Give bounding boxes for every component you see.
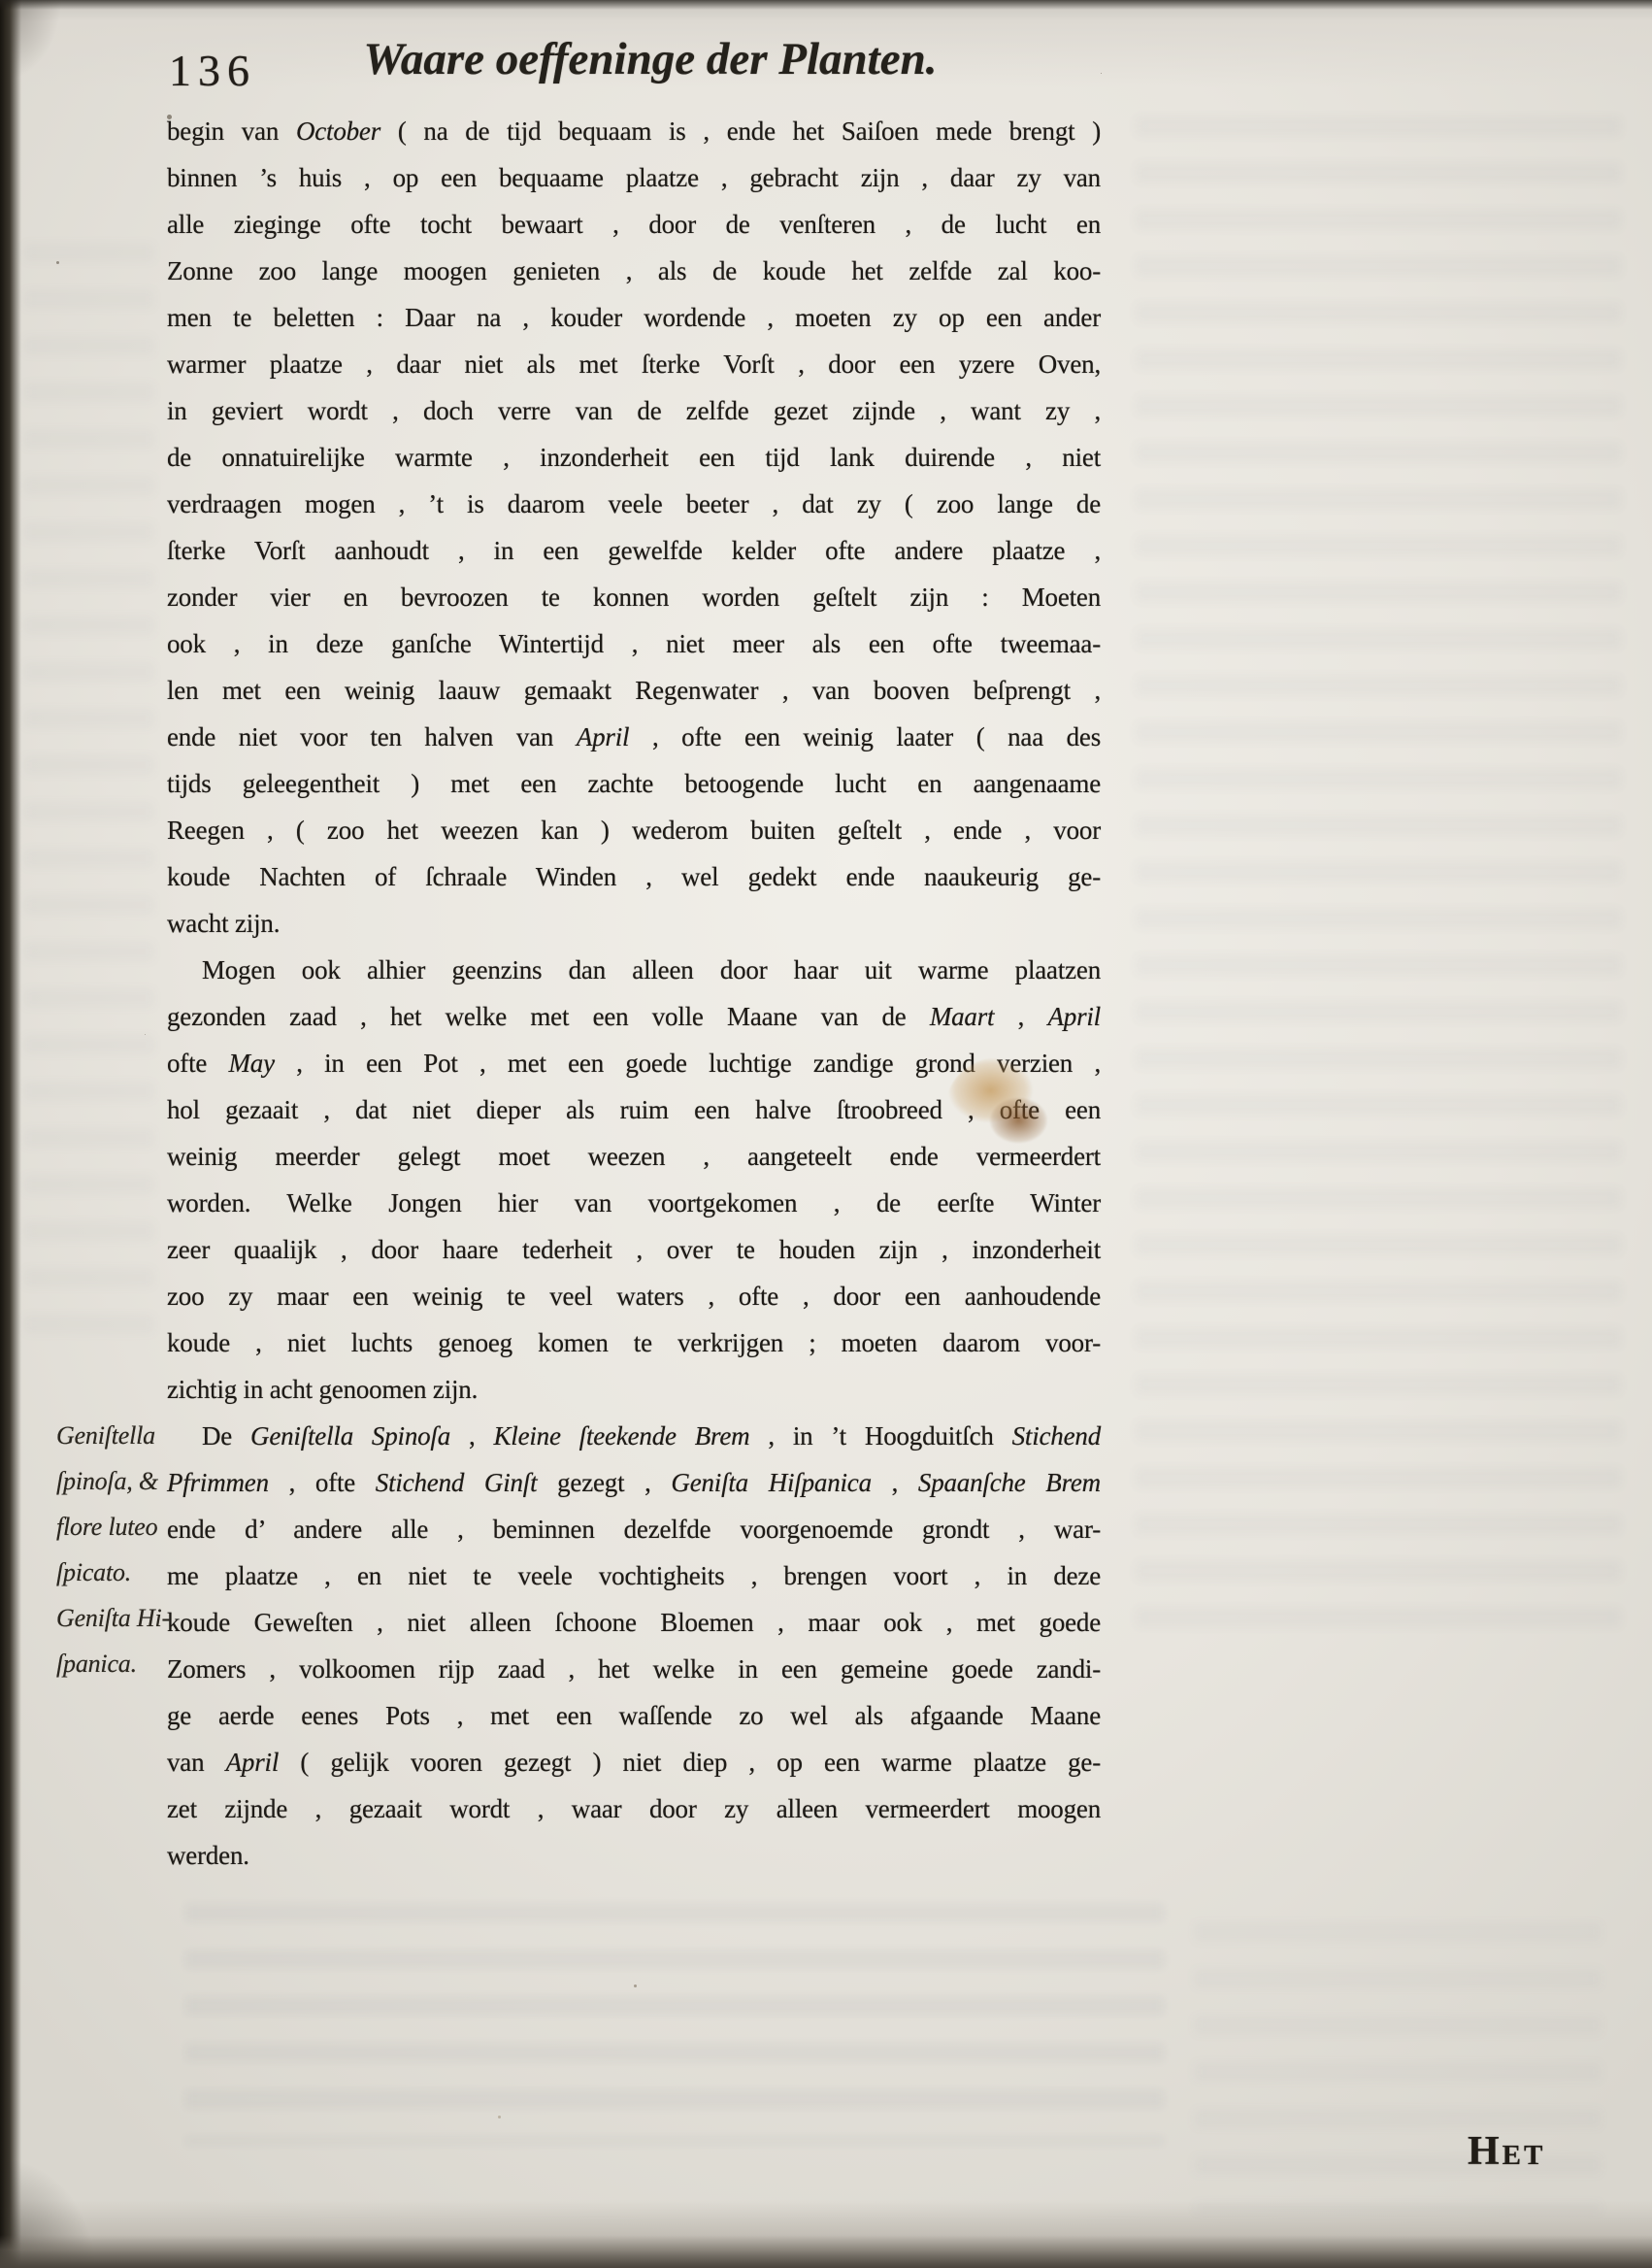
text-line: begin van October ( na de tijd bequaam i… — [167, 109, 1101, 155]
text-line: wacht zijn. — [167, 901, 1101, 948]
body-text: begin van October ( na de tijd bequaam i… — [167, 109, 1101, 1885]
page-edge-bottom — [0, 2235, 1652, 2268]
text-line: Zonne zoo lange moogen genieten , als de… — [167, 249, 1101, 295]
text-line: ofte May , in een Pot , met een goede lu… — [167, 1041, 1101, 1087]
running-header-title: Waare oeffeninge der Planten. — [320, 33, 980, 85]
text-line: koude , niet luchts genoeg komen te verk… — [167, 1320, 1101, 1367]
text-line: men te beletten : Daar na , kouder worde… — [167, 295, 1101, 342]
text-line: koude Geweſten , niet alleen ſchoone Blo… — [167, 1600, 1101, 1647]
text-line: warmer plaatze , daar niet als met ſterk… — [167, 342, 1101, 388]
margin-note-line: flore luteo — [56, 1507, 173, 1552]
text-line: ende d’ andere alle , beminnen dezelfde … — [167, 1507, 1101, 1553]
text-line: weinig meerder gelegt moet weezen , aang… — [167, 1134, 1101, 1181]
margin-note-line: ſpinoſa, & — [56, 1461, 173, 1507]
show-through-right — [1136, 117, 1621, 1631]
text-line: Zomers , volkoomen rijp zaad , het welke… — [167, 1647, 1101, 1693]
text-line: ook , in deze ganſche Wintertijd , niet … — [167, 621, 1101, 668]
text-line: worden. Welke Jongen hier van voortgekom… — [167, 1181, 1101, 1227]
text-line: zeer quaalijk , door haare tederheit , o… — [167, 1227, 1101, 1274]
text-line: len met een weinig laauw gemaakt Regenwa… — [167, 668, 1101, 715]
text-line: Pfrimmen , ofte Stichend Ginſt gezegt , … — [167, 1460, 1101, 1507]
text-line: zichtig in acht genoomen zijn. — [167, 1367, 1101, 1414]
text-line: ſterke Vorſt aanhoudt , in een gewelfde … — [167, 528, 1101, 575]
margin-note-line: Geniſta Hi- — [56, 1598, 173, 1644]
show-through-bottom — [184, 1903, 1165, 2146]
text-line: zonder vier en bevroozen te konnen worde… — [167, 575, 1101, 621]
text-line: in geviert wordt , doch verre van de zel… — [167, 388, 1101, 435]
show-through-left — [23, 243, 154, 1359]
text-line: zoo zy maar een weinig te veel waters , … — [167, 1274, 1101, 1320]
text-line: ge aerde eenes Pots , met een waſſende z… — [167, 1693, 1101, 1740]
page-edge-left — [0, 0, 21, 2268]
text-line: binnen ’s huis , op een bequaame plaatze… — [167, 155, 1101, 202]
margin-note-line: ſpanica. — [56, 1644, 173, 1689]
page-edge-top — [0, 0, 1652, 10]
text-line: werden. — [167, 1833, 1101, 1880]
text-line: gezonden zaad , het welke met een volle … — [167, 994, 1101, 1041]
text-line: zet zijnde , gezaait wordt , waar door z… — [167, 1786, 1101, 1833]
text-line: Mogen ook alhier geenzins dan alleen doo… — [202, 948, 1101, 994]
text-line: De Geniſtella Spinoſa , Kleine ſteekende… — [202, 1414, 1101, 1460]
text-line: Reegen , ( zoo het weezen kan ) wederom … — [167, 808, 1101, 854]
page-number: 136 — [169, 45, 256, 96]
paper-speck — [167, 115, 172, 119]
text-line: van April ( gelijk vooren gezegt ) niet … — [167, 1740, 1101, 1786]
text-line: me plaatze , en niet te veele vochtighei… — [167, 1553, 1101, 1600]
text-line: alle zieginge ofte tocht bewaart , door … — [167, 202, 1101, 249]
text-line: koude Nachten of ſchraale Winden , wel g… — [167, 854, 1101, 901]
margin-note-line: Geniſtella — [56, 1416, 173, 1461]
text-line: ende niet voor ten halven van April , of… — [167, 715, 1101, 761]
text-line: tijds geleegentheit ) met een zachte bet… — [167, 761, 1101, 808]
catchword: Het — [1468, 2128, 1545, 2175]
book-page: 136 Waare oeffeninge der Planten. begin … — [0, 0, 1652, 2268]
margin-note-line: ſpicato. — [56, 1552, 173, 1598]
text-line: de onnatuirelijke warmte , inzonderheit … — [167, 435, 1101, 482]
text-line: hol gezaait , dat niet dieper als ruim e… — [167, 1087, 1101, 1134]
text-line: verdraagen mogen , ’t is daarom veele be… — [167, 482, 1101, 528]
